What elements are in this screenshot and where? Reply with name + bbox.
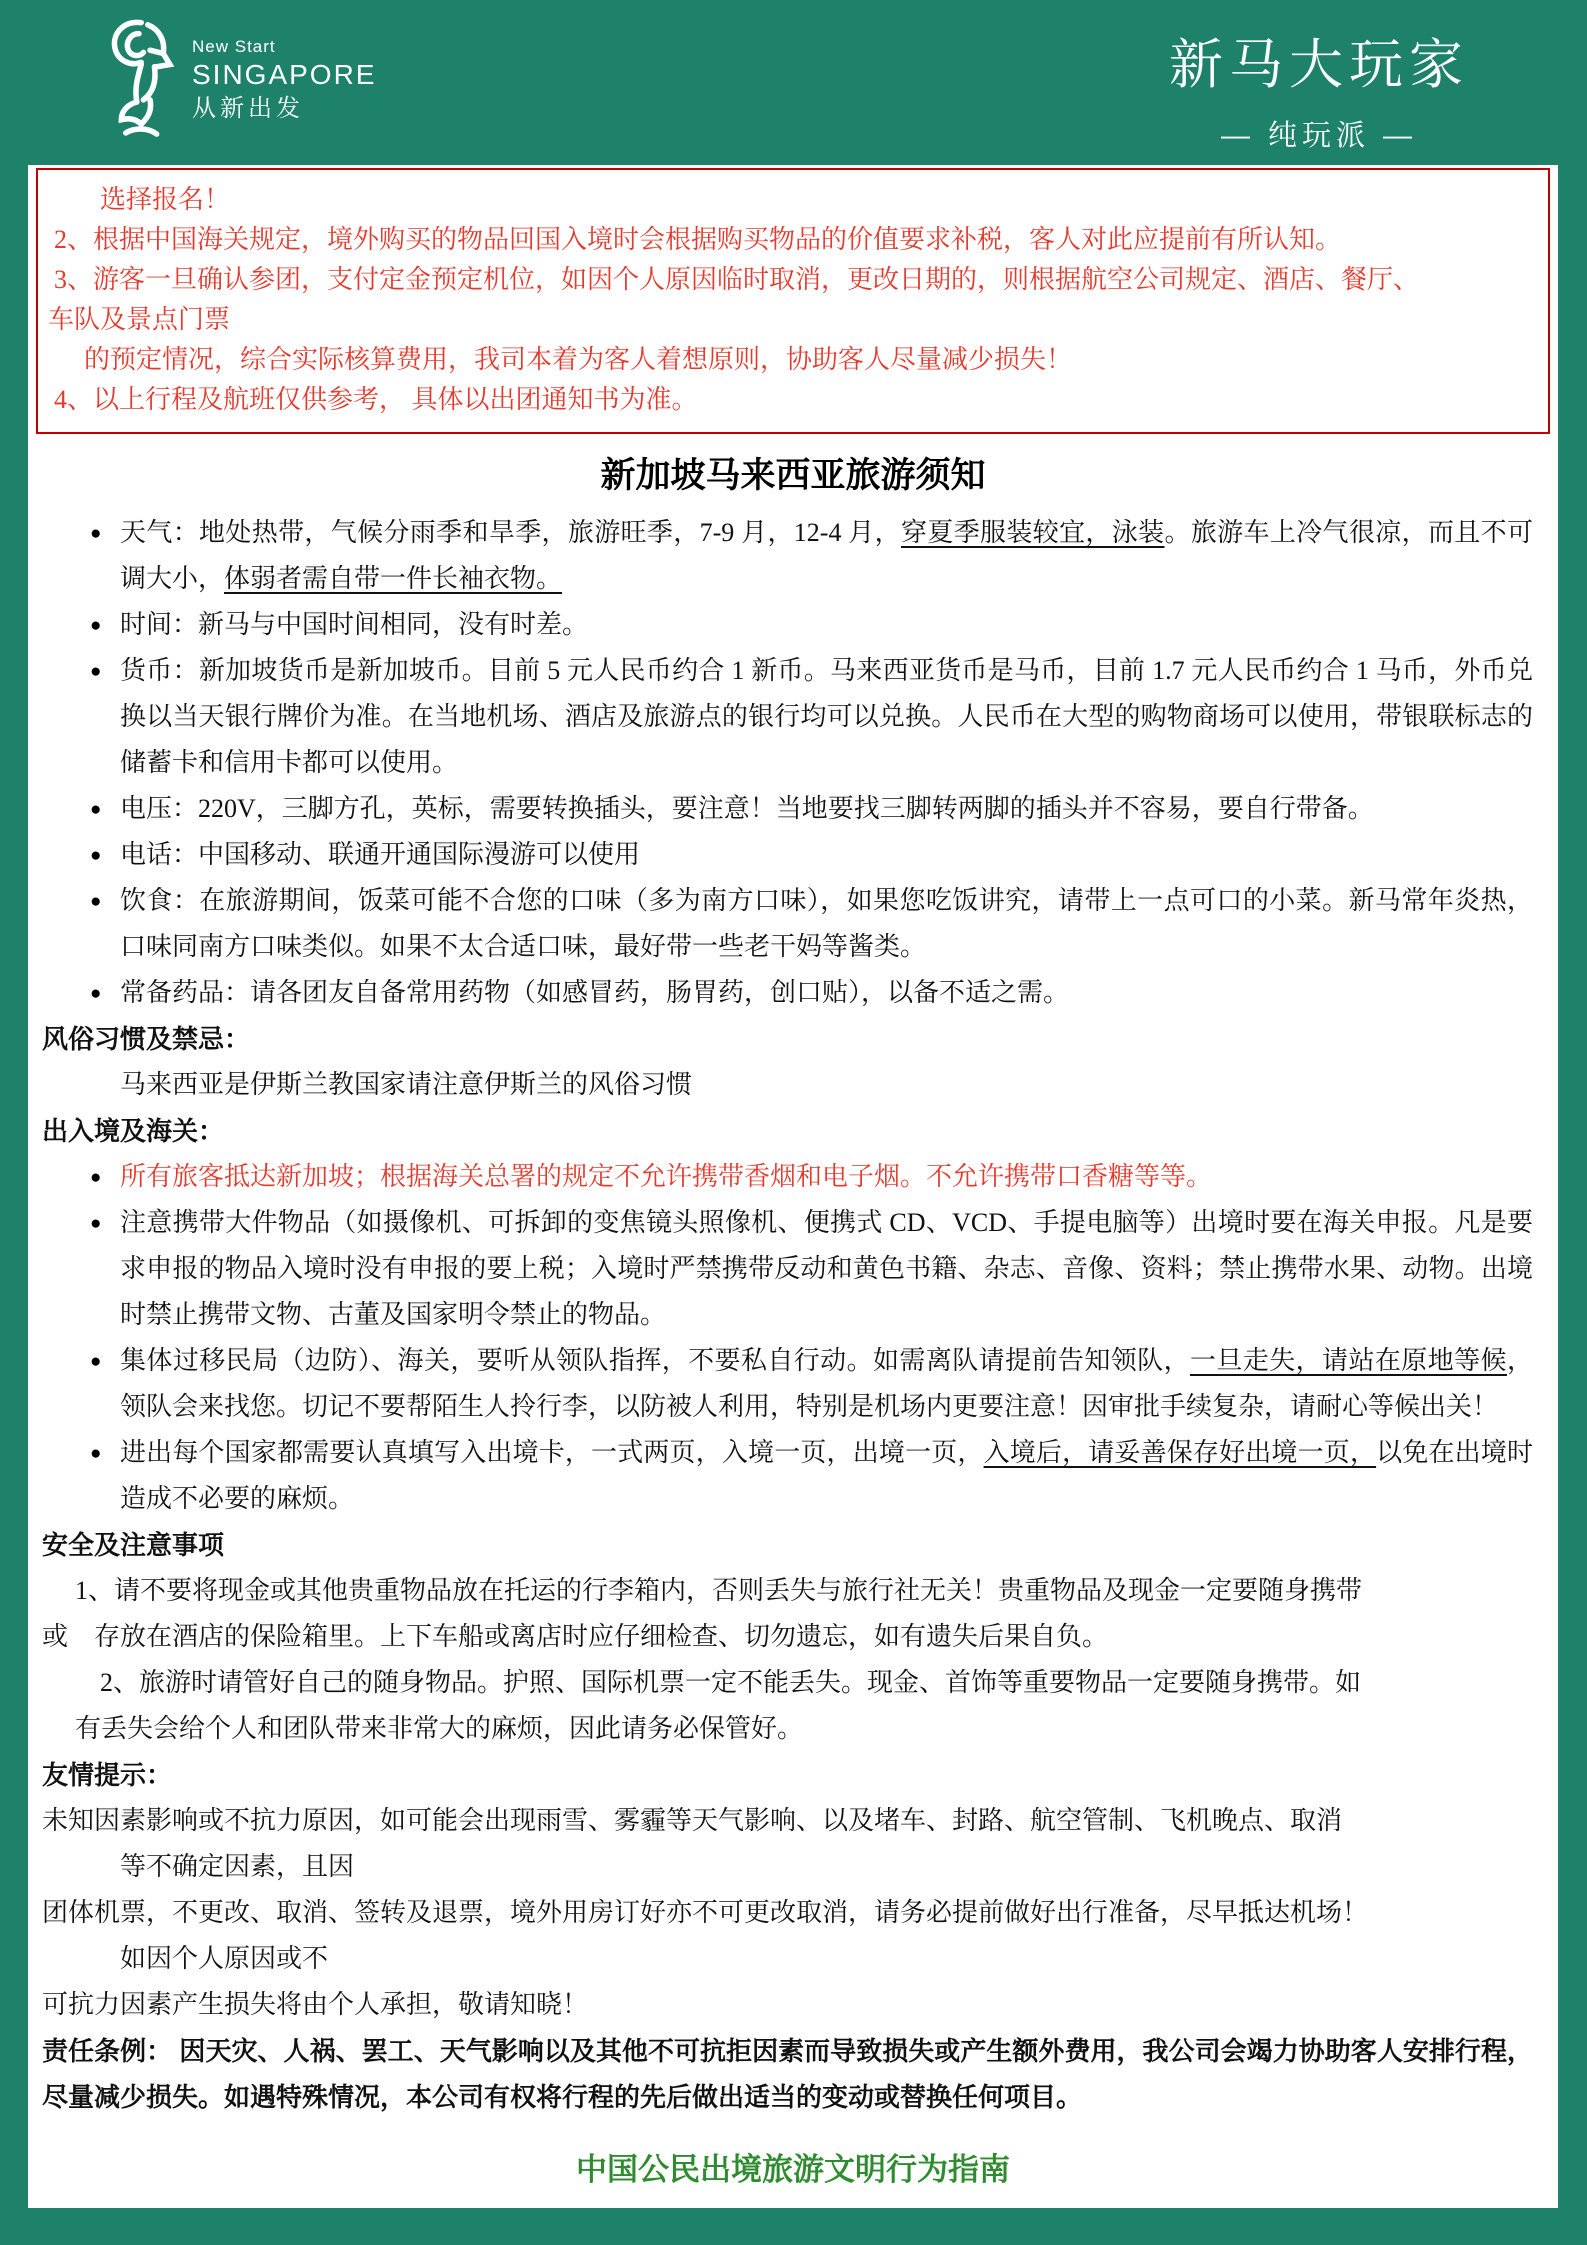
text-segment: 货币：新加坡货币是新加坡币。目前 5 元人民币约合 1 新币。马来西亚货币是马币…	[120, 656, 1533, 777]
brand-wordmark: 新马大玩家 — 纯玩派 —	[1169, 22, 1469, 154]
section-heading: 安全及注意事项	[28, 1522, 1558, 1568]
section-heading: 友情提示：	[28, 1752, 1558, 1798]
paragraph-bold: 责任条例： 因天灾、人祸、罢工、天气影响以及其他不可抗拒因素而导致损失或产生额外…	[28, 2028, 1558, 2120]
section-heading: 风俗习惯及禁忌：	[28, 1016, 1558, 1062]
notice-line: 3、游客一旦确认参团，支付定金预定机位，如因个人原因临时取消，更改日期的，则根据…	[48, 260, 1538, 300]
paragraph: 可抗力因素产生损失将由个人承担，敬请知晓！	[28, 1982, 1558, 2028]
text-segment: 电压：220V，三脚方孔，英标，需要转换插头，要注意！当地要找三脚转两脚的插头并…	[120, 794, 1374, 823]
paragraph: 或 存放在酒店的保险箱里。上下车船或离店时应仔细检查、切勿遗忘，如有遗失后果自负…	[28, 1614, 1558, 1660]
text-segment: 电话：中国移动、联通开通国际漫游可以使用	[120, 840, 640, 869]
text-segment: 安全及注意事项	[42, 1530, 224, 1560]
logo-tagline-large: SINGAPORE	[192, 59, 376, 91]
content-blocks: 天气：地处热带，气候分雨季和旱季，旅游旺季，7-9 月，12-4 月，穿夏季服装…	[28, 510, 1558, 2120]
text-segment: 集体过移民局（边防）、海关，要听从领队指挥，不要私自行动。如需离队请提前告知领队…	[120, 1346, 1190, 1375]
text-segment: 可抗力因素产生损失将由个人承担，敬请知晓！	[42, 1990, 588, 2019]
section-heading: 出入境及海关：	[28, 1108, 1558, 1154]
logo-tagline-cn: 从新出发	[192, 95, 376, 123]
text-segment: 友情提示：	[42, 1760, 172, 1790]
notice-box: 选择报名！2、根据中国海关规定，境外购买的物品回国入境时会根据购买物品的价值要求…	[36, 168, 1550, 434]
text-segment: 注意携带大件物品（如摄像机、可拆卸的变焦镜头照像机、便携式 CD、VCD、手提电…	[120, 1208, 1533, 1329]
bullet-item: 注意携带大件物品（如摄像机、可拆卸的变焦镜头照像机、便携式 CD、VCD、手提电…	[28, 1200, 1558, 1338]
bullet-item: 常备药品：请各团友自备常用药物（如感冒药，肠胃药，创口贴），以备不适之需。	[28, 970, 1558, 1016]
bullet-item: 集体过移民局（边防）、海关，要听从领队指挥，不要私自行动。如需离队请提前告知领队…	[28, 1338, 1558, 1430]
bullet-item: 货币：新加坡货币是新加坡币。目前 5 元人民币约合 1 新币。马来西亚货币是马币…	[28, 648, 1558, 786]
text-segment: 有丢失会给个人和团队带来非常大的麻烦，因此请务必保管好。	[75, 1714, 803, 1743]
text-segment: 所有旅客抵达新加坡；根据海关总署的规定不允许携带香烟和电子烟。不允许携带口香糖等…	[120, 1162, 1212, 1191]
bullet-item-red: 所有旅客抵达新加坡；根据海关总署的规定不允许携带香烟和电子烟。不允许携带口香糖等…	[28, 1154, 1558, 1200]
merlion-icon	[100, 16, 178, 144]
text-segment: 如因个人原因或不	[120, 1944, 328, 1973]
text-segment: 等不确定因素，且因	[120, 1852, 354, 1881]
logo-tagline-small: New Start	[192, 37, 376, 57]
underlined-text: 一旦走失，请站在原地等候	[1190, 1346, 1507, 1375]
notice-line: 2、根据中国海关规定，境外购买的物品回国入境时会根据购买物品的价值要求补税，客人…	[48, 220, 1538, 260]
text-segment: 2、旅游时请管好自己的随身物品。护照、国际机票一定不能丢失。现金、首饰等重要物品…	[100, 1668, 1361, 1697]
underlined-text: 穿夏季服装较宜，泳装	[901, 518, 1164, 547]
underlined-text: 体弱者需自带一件长袖衣物。	[224, 564, 562, 593]
text-segment: 或 存放在酒店的保险箱里。上下车船或离店时应仔细检查、切勿遗忘，如有遗失后果自负…	[42, 1622, 1108, 1651]
brand-subtitle: — 纯玩派 —	[1169, 113, 1469, 154]
text-segment: 马来西亚是伊斯兰教国家请注意伊斯兰的风俗习惯	[120, 1070, 692, 1099]
paragraph: 等不确定因素，且因	[28, 1844, 1558, 1890]
paragraph: 2、旅游时请管好自己的随身物品。护照、国际机票一定不能丢失。现金、首饰等重要物品…	[28, 1660, 1558, 1706]
brand-title: 新马大玩家	[1169, 22, 1469, 99]
notice-line: 选择报名！	[48, 180, 1538, 220]
brand-header: New Start SINGAPORE 从新出发 新马大玩家 — 纯玩派 —	[0, 0, 1587, 165]
bullet-item: 天气：地处热带，气候分雨季和旱季，旅游旺季，7-9 月，12-4 月，穿夏季服装…	[28, 510, 1558, 602]
page-title: 新加坡马来西亚旅游须知	[28, 448, 1558, 498]
paragraph: 有丢失会给个人和团队带来非常大的麻烦，因此请务必保管好。	[28, 1706, 1558, 1752]
company-logo-text: New Start SINGAPORE 从新出发	[192, 37, 376, 122]
text-segment: 进出每个国家都需要认真填写入出境卡，一式两页，入境一页，出境一页，	[120, 1438, 984, 1467]
bullet-item: 时间：新马与中国时间相同，没有时差。	[28, 602, 1558, 648]
paragraph: 团体机票，不更改、取消、签转及退票，境外用房订好亦不可更改取消，请务必提前做好出…	[28, 1890, 1558, 1936]
paragraph: 1、请不要将现金或其他贵重物品放在托运的行李箱内，否则丢失与旅行社无关！贵重物品…	[28, 1568, 1558, 1614]
bullet-item: 电压：220V，三脚方孔，英标，需要转换插头，要注意！当地要找三脚转两脚的插头并…	[28, 786, 1558, 832]
underlined-text: 入境后，请妥善保存好出境一页，	[984, 1438, 1377, 1467]
notice-line: 4、以上行程及航班仅供参考， 具体以出团通知书为准。	[48, 380, 1538, 420]
bullet-item: 进出每个国家都需要认真填写入出境卡，一式两页，入境一页，出境一页，入境后，请妥善…	[28, 1430, 1558, 1522]
document-page: 选择报名！2、根据中国海关规定，境外购买的物品回国入境时会根据购买物品的价值要求…	[28, 165, 1558, 2208]
text-segment: 常备药品：请各团友自备常用药物（如感冒药，肠胃药，创口贴），以备不适之需。	[120, 978, 1069, 1007]
guide-phrases: 中国公民，出境旅游，注重礼仪，保持尊严。 讲究卫生，爱护环境，衣着得体，请勿喧哗…	[28, 2189, 1558, 2208]
text-segment: 1、请不要将现金或其他贵重物品放在托运的行李箱内，否则丢失与旅行社无关！贵重物品…	[75, 1576, 1362, 1605]
bullet-item: 饮食：在旅游期间，饭菜可能不合您的口味（多为南方口味），如果您吃饭讲究，请带上一…	[28, 878, 1558, 970]
bullet-item: 电话：中国移动、联通开通国际漫游可以使用	[28, 832, 1558, 878]
notice-line: 车队及景点门票	[48, 300, 1538, 340]
text-segment: 团体机票，不更改、取消、签转及退票，境外用房订好亦不可更改取消，请务必提前做好出…	[42, 1898, 1368, 1927]
company-logo: New Start SINGAPORE 从新出发	[100, 16, 376, 144]
text-segment: 饮食：在旅游期间，饭菜可能不合您的口味（多为南方口味），如果您吃饭讲究，请带上一…	[120, 886, 1533, 961]
text-segment: 时间：新马与中国时间相同，没有时差。	[120, 610, 588, 639]
notice-line: 的预定情况，综合实际核算费用，我司本着为客人着想原则，协助客人尽量减少损失！	[48, 340, 1538, 380]
paragraph: 马来西亚是伊斯兰教国家请注意伊斯兰的风俗习惯	[28, 1062, 1558, 1108]
text-segment: 天气：地处热带，气候分雨季和旱季，旅游旺季，7-9 月，12-4 月，	[120, 518, 901, 547]
guide-title: 中国公民出境旅游文明行为指南	[28, 2144, 1558, 2189]
text-segment: 出入境及海关：	[42, 1116, 224, 1146]
text-segment: 未知因素影响或不抗力原因，如可能会出现雨雪、雾霾等天气影响、以及堵车、封路、航空…	[42, 1806, 1342, 1835]
paragraph: 如因个人原因或不	[28, 1936, 1558, 1982]
paragraph: 未知因素影响或不抗力原因，如可能会出现雨雪、雾霾等天气影响、以及堵车、封路、航空…	[28, 1798, 1558, 1844]
text-segment: 责任条例： 因天灾、人祸、罢工、天气影响以及其他不可抗拒因素而导致损失或产生额外…	[42, 2036, 1533, 2112]
text-segment: 风俗习惯及禁忌：	[42, 1024, 250, 1054]
